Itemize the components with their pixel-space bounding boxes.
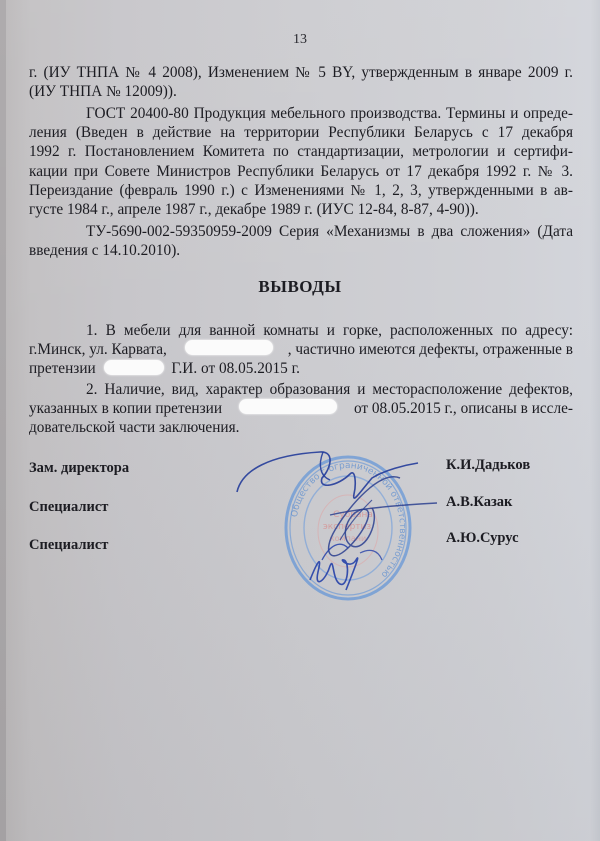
text-fragment: от 08.05.2015 г., описаны в иссле- — [354, 399, 573, 418]
text-fragment: претензии — [29, 360, 96, 377]
text-fragment: , частично имеются дефекты, отраженные в — [288, 340, 573, 359]
company-stamp: Общество с ограниченной ответственностью… — [283, 453, 413, 603]
signatory-name: А.В.Казак — [446, 494, 512, 511]
svg-text:Субрана: Субрана — [333, 510, 373, 520]
text-line: ления (Введен в действие на территории Р… — [29, 123, 573, 142]
svg-text:компани: компани — [330, 534, 366, 543]
signatory-role: Специалист — [29, 537, 108, 554]
conclusion-1-line: г.Минск, ул. Карвата, , частично имеются… — [29, 340, 573, 359]
redacted-name — [104, 360, 164, 375]
text-line: ГОСТ 20400-80 Продукция мебельного произ… — [29, 104, 573, 123]
address-text: г.Минск, ул. Карвата, — [29, 340, 167, 359]
stamp-ring-text: Общество с ограниченной ответственностью — [290, 461, 407, 580]
redacted-name — [239, 399, 337, 414]
text-line: ТУ-5690-002-59350959-2009 Серия «Механиз… — [29, 222, 573, 241]
text-line: 1992 г. Постановлением Комитета по станд… — [29, 142, 573, 161]
section-heading: ВЫВОДЫ — [0, 277, 600, 297]
text-line: г. (ИУ ТНПА № 4 2008), Изменением № 5 BY… — [29, 63, 573, 82]
signatory-role: Специалист — [29, 499, 108, 516]
text-line: кации при Совете Министров Республики Бе… — [29, 162, 573, 181]
text-line: густе 1984 г., апреле 1987 г., декабре 1… — [29, 200, 573, 219]
stamp-seal-icon: Общество с ограниченной ответственностью… — [283, 453, 413, 603]
svg-text:экспертиз: экспертиз — [323, 522, 372, 532]
text-line: введения с 14.10.2010). — [29, 241, 573, 260]
conclusion-1-line: 1. В мебели для ванной комнаты и горке, … — [29, 321, 573, 340]
page-edge-shadow — [0, 0, 6, 841]
page-number: 13 — [0, 32, 600, 48]
svg-text:Общество с ограниченной ответс: Общество с ограниченной ответственностью — [290, 461, 407, 580]
signatory-role: Зам. директора — [29, 460, 129, 477]
signatory-name: К.И.Дадьков — [446, 457, 530, 474]
conclusion-2-line: 2. Наличие, вид, характер образования и … — [29, 380, 573, 399]
signatory-name: А.Ю.Сурус — [446, 530, 519, 547]
redacted-address — [185, 340, 273, 355]
text-fragment: Г.И. от 08.05.2015 г. — [171, 360, 300, 377]
conclusion-1-line: претензии Г.И. от 08.05.2015 г. — [29, 359, 573, 378]
conclusion-2-line: указанных в копии претензии от 08.05.201… — [29, 399, 573, 418]
conclusion-2-line: довательской части заключения. — [29, 418, 573, 437]
text-line: (ИУ ТНПА № 12009)). — [29, 82, 573, 101]
text-fragment: указанных в копии претензии — [29, 399, 222, 418]
text-line: Переиздание (февраль 1990 г.) с Изменени… — [29, 181, 573, 200]
